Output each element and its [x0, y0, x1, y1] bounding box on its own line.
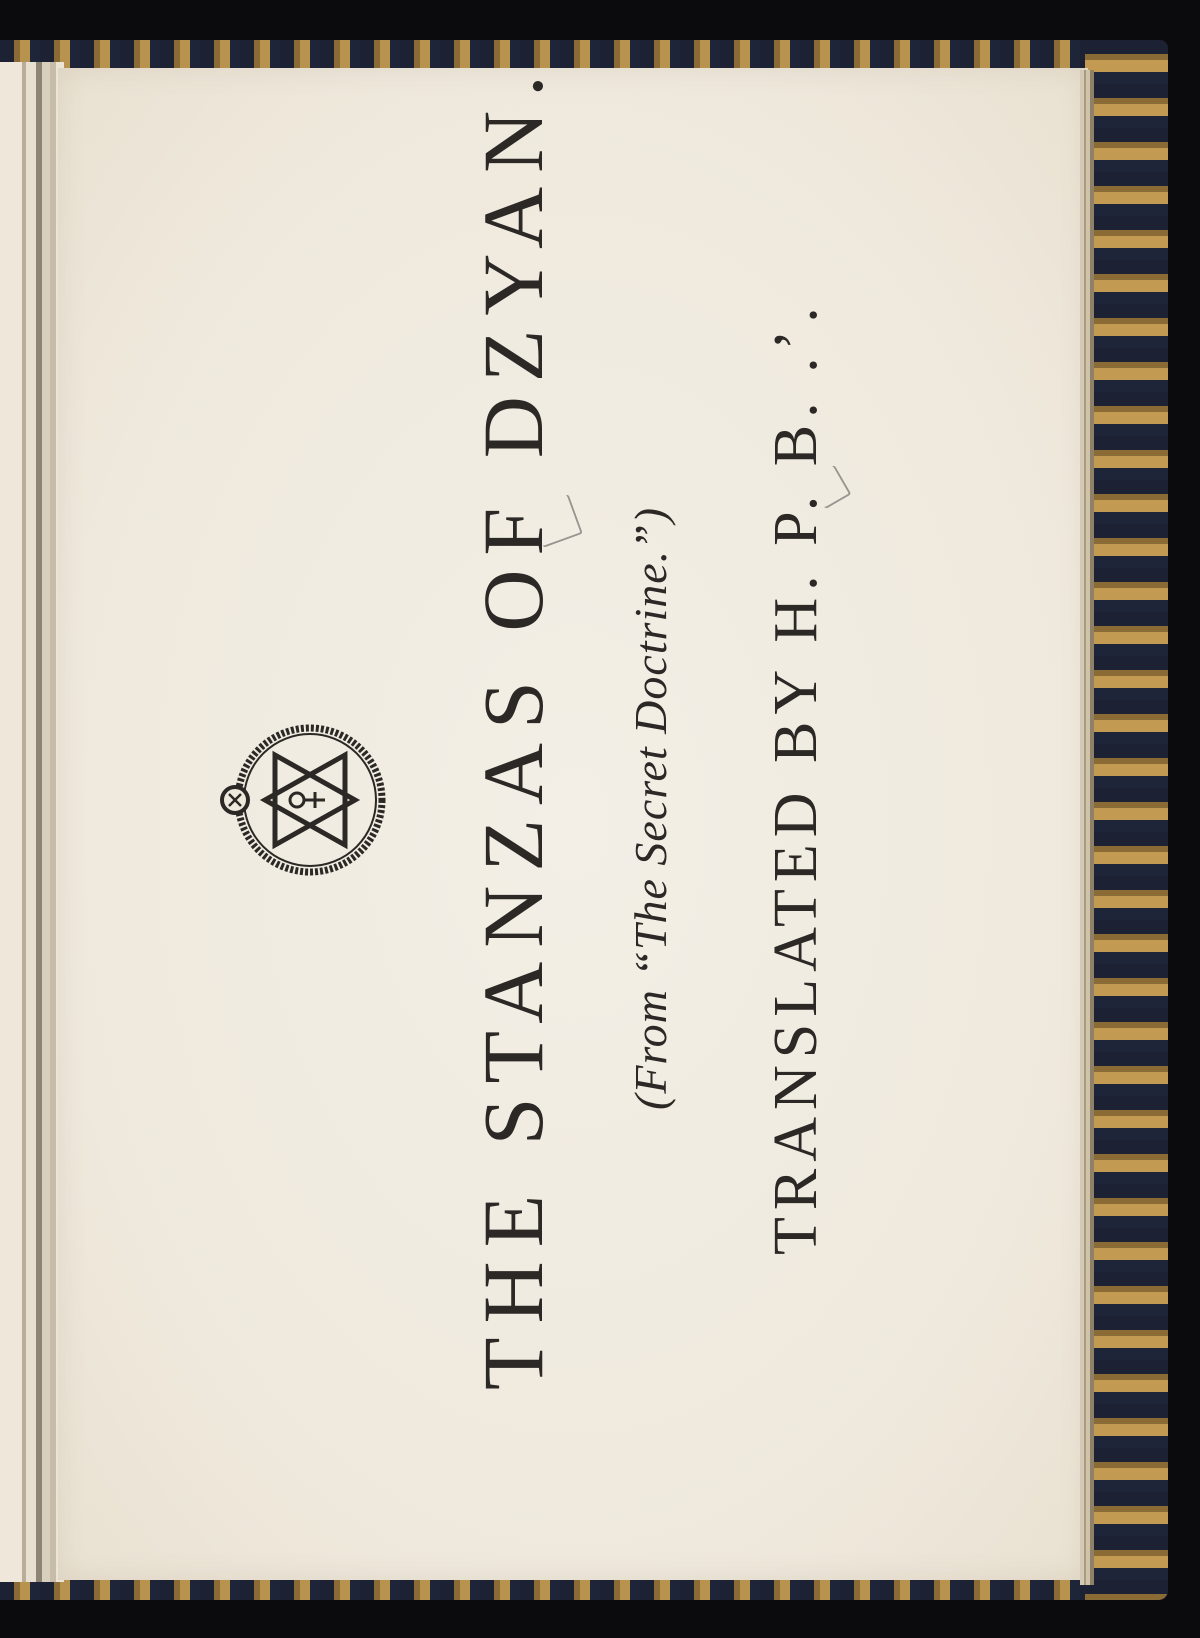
theosophical-seal-icon: [215, 720, 390, 880]
title-page: [58, 68, 1088, 1580]
translator-line: TRANSLATED BY H. P. B. .’.: [765, 300, 827, 1255]
facing-page-edge: [0, 62, 40, 1582]
book-subtitle: (From “The Secret Doctrine.”): [628, 507, 674, 1110]
book-cover-right-edge: [1085, 40, 1168, 1600]
page-block-edge: [1080, 70, 1094, 1585]
book-title: THE STANZAS OF DZYAN.: [470, 61, 556, 1390]
